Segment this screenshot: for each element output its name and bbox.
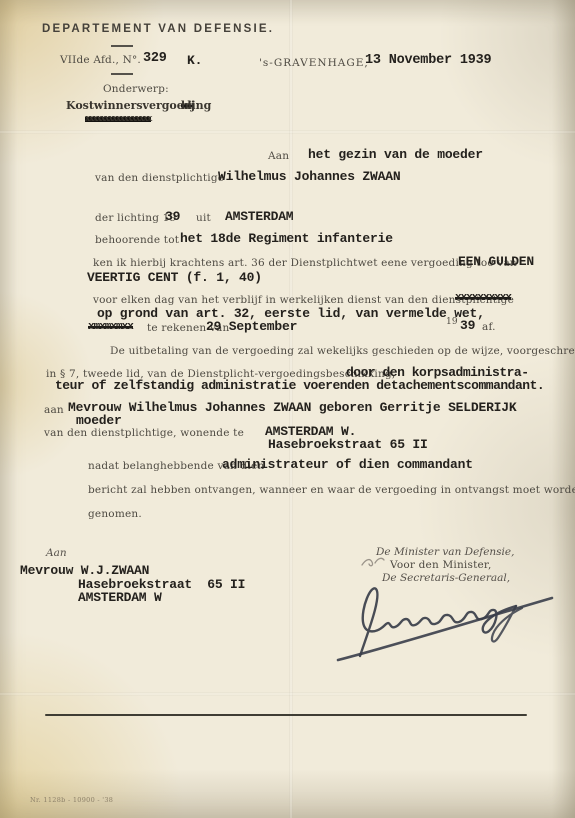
aan2-label: aan (44, 404, 64, 416)
signature (330, 580, 558, 668)
lichting-year: 39 (165, 209, 180, 224)
conscript-label: van den dienstplichtige (95, 172, 224, 184)
divider-line (45, 714, 527, 716)
pencil-mark (360, 554, 386, 570)
beneficiary: Mevrouw Wilhelmus Johannes ZWAAN geboren… (68, 400, 516, 415)
division-label: VIIde Afd., N°. (60, 54, 141, 66)
fold-crease-horizontal-2 (0, 692, 575, 696)
per-day-printed: voor elken dag van het verblijf in werke… (93, 294, 514, 306)
notice-line2: genomen. (88, 508, 142, 520)
uit-label: uit (196, 212, 211, 224)
fold-crease-horizontal (0, 130, 575, 134)
subject-struck-word: bij (181, 99, 194, 112)
start-date: 29 September (206, 319, 297, 334)
footer-address-city: AMSTERDAM W (78, 590, 162, 605)
notice-line: bericht zal hebben ontvangen, wanneer en… (88, 484, 575, 496)
division-letter: K. (187, 53, 202, 68)
grant-printed: ken ik hierbij krachtens art. 36 der Die… (93, 257, 517, 269)
wonende-label: van den dienstplichtige, wonende te (44, 427, 244, 439)
minister-line: De Minister van Defensie, (376, 546, 514, 558)
subject-struck-line: xxxxxxxxxxxxxxxxx (85, 114, 151, 124)
document-page: DEPARTEMENT VAN DEFENSIE. VIIde Afd., N°… (0, 0, 575, 818)
regiment: het 18de Regiment infanterie (180, 231, 393, 246)
rekenen-struck: xmxmxmxx (88, 321, 133, 333)
voor-minister-line: Voor den Minister, (390, 559, 492, 571)
aan-label: Aan (268, 150, 289, 162)
year-typed: 39 (460, 318, 475, 333)
subject-label: Onderwerp: (103, 83, 169, 95)
department-title: DEPARTEMENT VAN DEFENSIE. (42, 23, 274, 35)
payment-paragraph3-typed: teur of zelfstandig administratie voeren… (55, 378, 544, 393)
residence-street: Hasebroekstraat 65 II (268, 437, 428, 452)
conscript-name: Wilhelmus Johannes ZWAAN (218, 169, 400, 184)
place-label: 's-GRAVENHAGE, (259, 57, 369, 69)
behoorende-label: behoorende tot (95, 234, 179, 246)
per-day-struck: xxxxxxxxxx (455, 292, 511, 304)
year-prefix: 19 (446, 317, 458, 327)
footer-aan-label: Aan (46, 547, 67, 559)
amount-line1: EEN GULDEN (458, 254, 534, 269)
date-text: 13 November 1939 (365, 53, 491, 68)
amount-line2: VEERTIG CENT (f. 1, 40) (87, 270, 262, 285)
addressee: het gezin van de moeder (308, 147, 483, 162)
payment-paragraph: De uitbetaling van de vergoeding zal wek… (110, 345, 575, 357)
city: AMSTERDAM (225, 209, 293, 224)
footer-address-name: Mevrouw W.J.ZWAAN (20, 563, 149, 578)
header-rule-2 (111, 73, 133, 75)
form-number: Nr. 1128b - 10900 - '38 (30, 796, 113, 804)
relation: moeder (76, 413, 122, 428)
header-rule-1 (111, 45, 133, 47)
division-number: 329 (143, 51, 167, 66)
nadat-typed: administrateur of dien commandant (222, 457, 473, 472)
af-label: af. (482, 321, 496, 333)
